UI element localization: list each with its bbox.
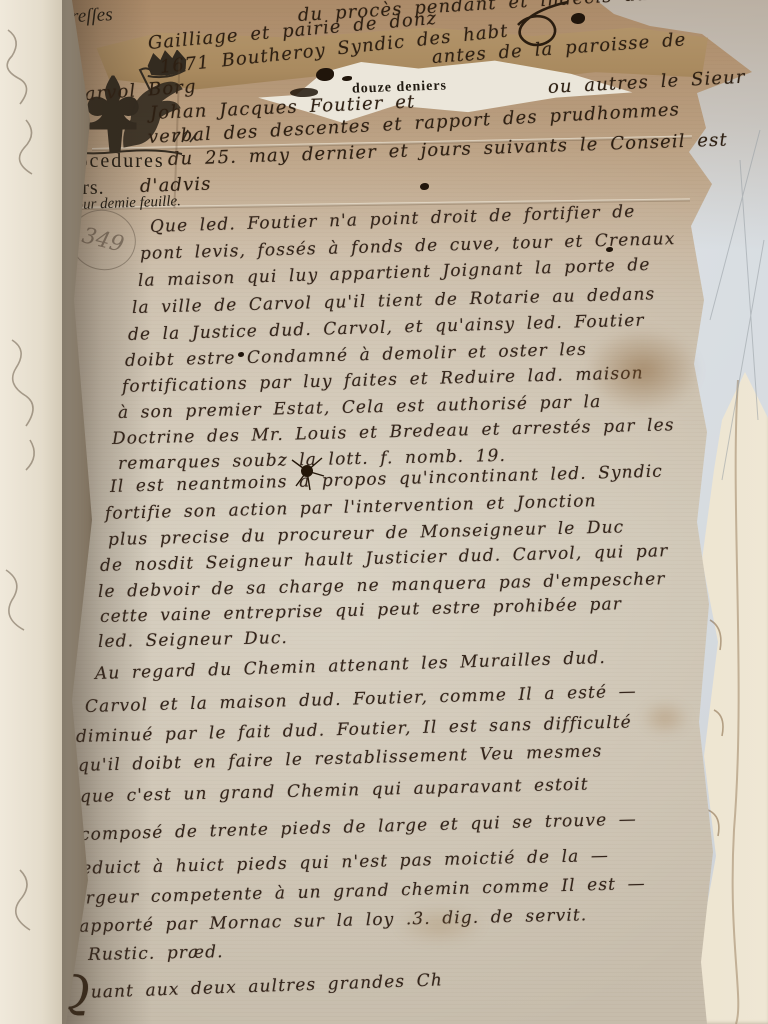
faint-stain bbox=[395, 905, 485, 945]
brown-stain bbox=[585, 328, 700, 413]
show-through-script bbox=[0, 10, 70, 1014]
photo-of-manuscript: douze deniers & Breſſes ur les procedure… bbox=[0, 0, 768, 1024]
backdrop-scratches bbox=[700, 120, 768, 540]
ink-blot bbox=[316, 68, 334, 81]
ink-blot bbox=[238, 352, 244, 357]
pen-flourish-stroke bbox=[468, 0, 578, 52]
ink-smudge bbox=[290, 88, 318, 97]
faint-stain bbox=[640, 700, 690, 736]
ink-blot bbox=[606, 247, 613, 252]
ink-splash bbox=[286, 450, 328, 492]
gutter-shadow bbox=[62, 0, 152, 1024]
ink-blot bbox=[420, 183, 429, 190]
